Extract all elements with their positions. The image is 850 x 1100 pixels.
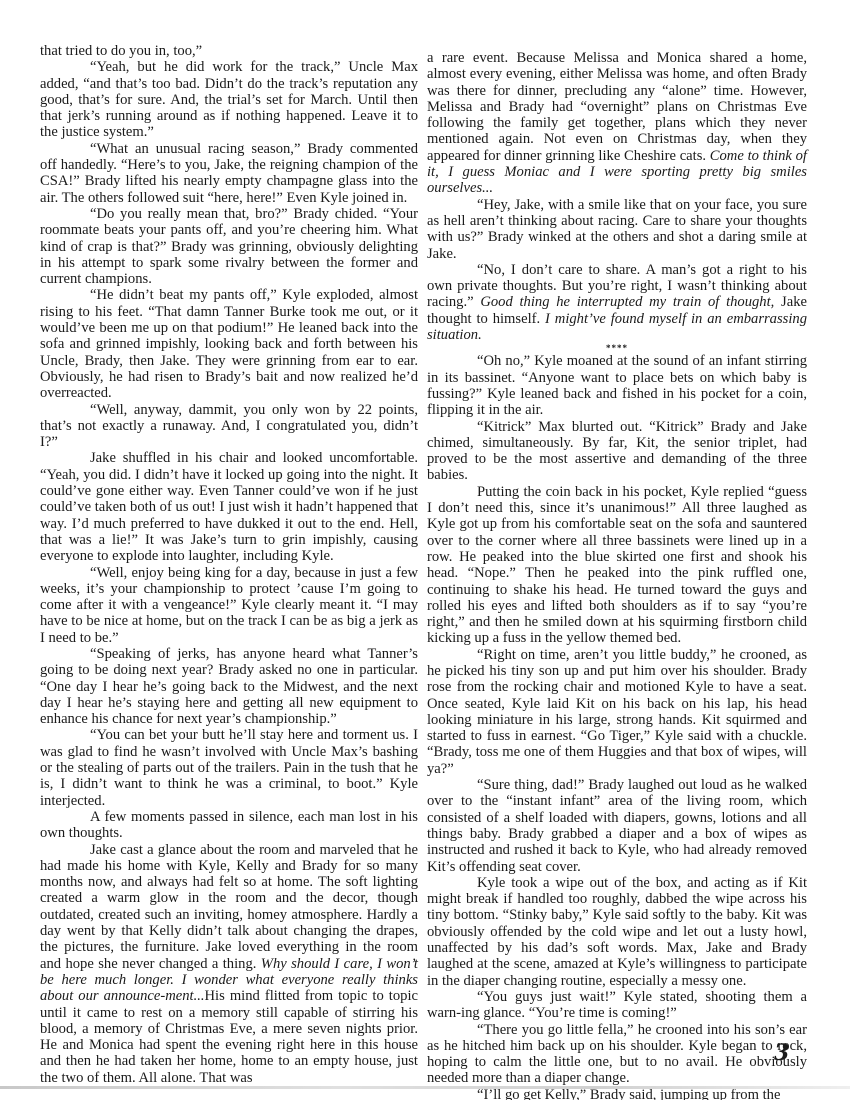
paragraph: “Well, enjoy being king for a day, becau… bbox=[40, 565, 418, 646]
paragraph-text: a rare event. Because Melissa and Monica… bbox=[427, 50, 807, 164]
paragraph: “Oh no,” Kyle moaned at the sound of an … bbox=[427, 353, 807, 418]
paragraph: “Well, anyway, dammit, you only won by 2… bbox=[40, 402, 418, 451]
paragraph: a rare event. Because Melissa and Monica… bbox=[427, 50, 807, 197]
page-bottom-edge bbox=[0, 1086, 850, 1089]
page-number: 3 bbox=[774, 1040, 789, 1066]
paragraph: “What an unusual racing season,” Brady c… bbox=[40, 141, 418, 206]
document-page: that tried to do you in, too,” “Yeah, bu… bbox=[0, 0, 850, 1100]
paragraph: Kyle took a wipe out of the box, and act… bbox=[427, 875, 807, 989]
paragraph: “You guys just wait!” Kyle stated, shoot… bbox=[427, 989, 807, 1022]
paragraph-text: Jake cast a glance about the room and ma… bbox=[40, 842, 418, 972]
paragraph: “No, I don’t care to share. A man’s got … bbox=[427, 262, 807, 343]
paragraph: Putting the coin back in his pocket, Kyl… bbox=[427, 484, 807, 647]
paragraph: “There you go little fella,” he crooned … bbox=[427, 1022, 807, 1087]
paragraph: “Kitrick” Max blurted out. “Kitrick” Bra… bbox=[427, 419, 807, 484]
paragraph: A few moments passed in silence, each ma… bbox=[40, 809, 418, 842]
paragraph: Jake shuffled in his chair and looked un… bbox=[40, 450, 418, 564]
section-separator: **** bbox=[427, 343, 807, 353]
paragraph: “Do you really mean that, bro?” Brady ch… bbox=[40, 206, 418, 287]
paragraph: that tried to do you in, too,” bbox=[40, 43, 418, 59]
paragraph: “Yeah, but he did work for the track,” U… bbox=[40, 59, 418, 140]
paragraph: “Speaking of jerks, has anyone heard wha… bbox=[40, 646, 418, 727]
italic-thought: Good thing he interrupted my train of th… bbox=[480, 294, 774, 310]
paragraph: “He didn’t beat my pants off,” Kyle expl… bbox=[40, 287, 418, 401]
paragraph: “You can bet your butt he’ll stay here a… bbox=[40, 727, 418, 808]
paragraph: “Right on time, aren’t you little buddy,… bbox=[427, 647, 807, 777]
paragraph: “Hey, Jake, with a smile like that on yo… bbox=[427, 197, 807, 262]
paragraph: “Sure thing, dad!” Brady laughed out lou… bbox=[427, 777, 807, 875]
left-text-column: that tried to do you in, too,” “Yeah, bu… bbox=[40, 43, 418, 1086]
paragraph: Jake cast a glance about the room and ma… bbox=[40, 842, 418, 1086]
right-text-column: a rare event. Because Melissa and Monica… bbox=[427, 50, 807, 1100]
